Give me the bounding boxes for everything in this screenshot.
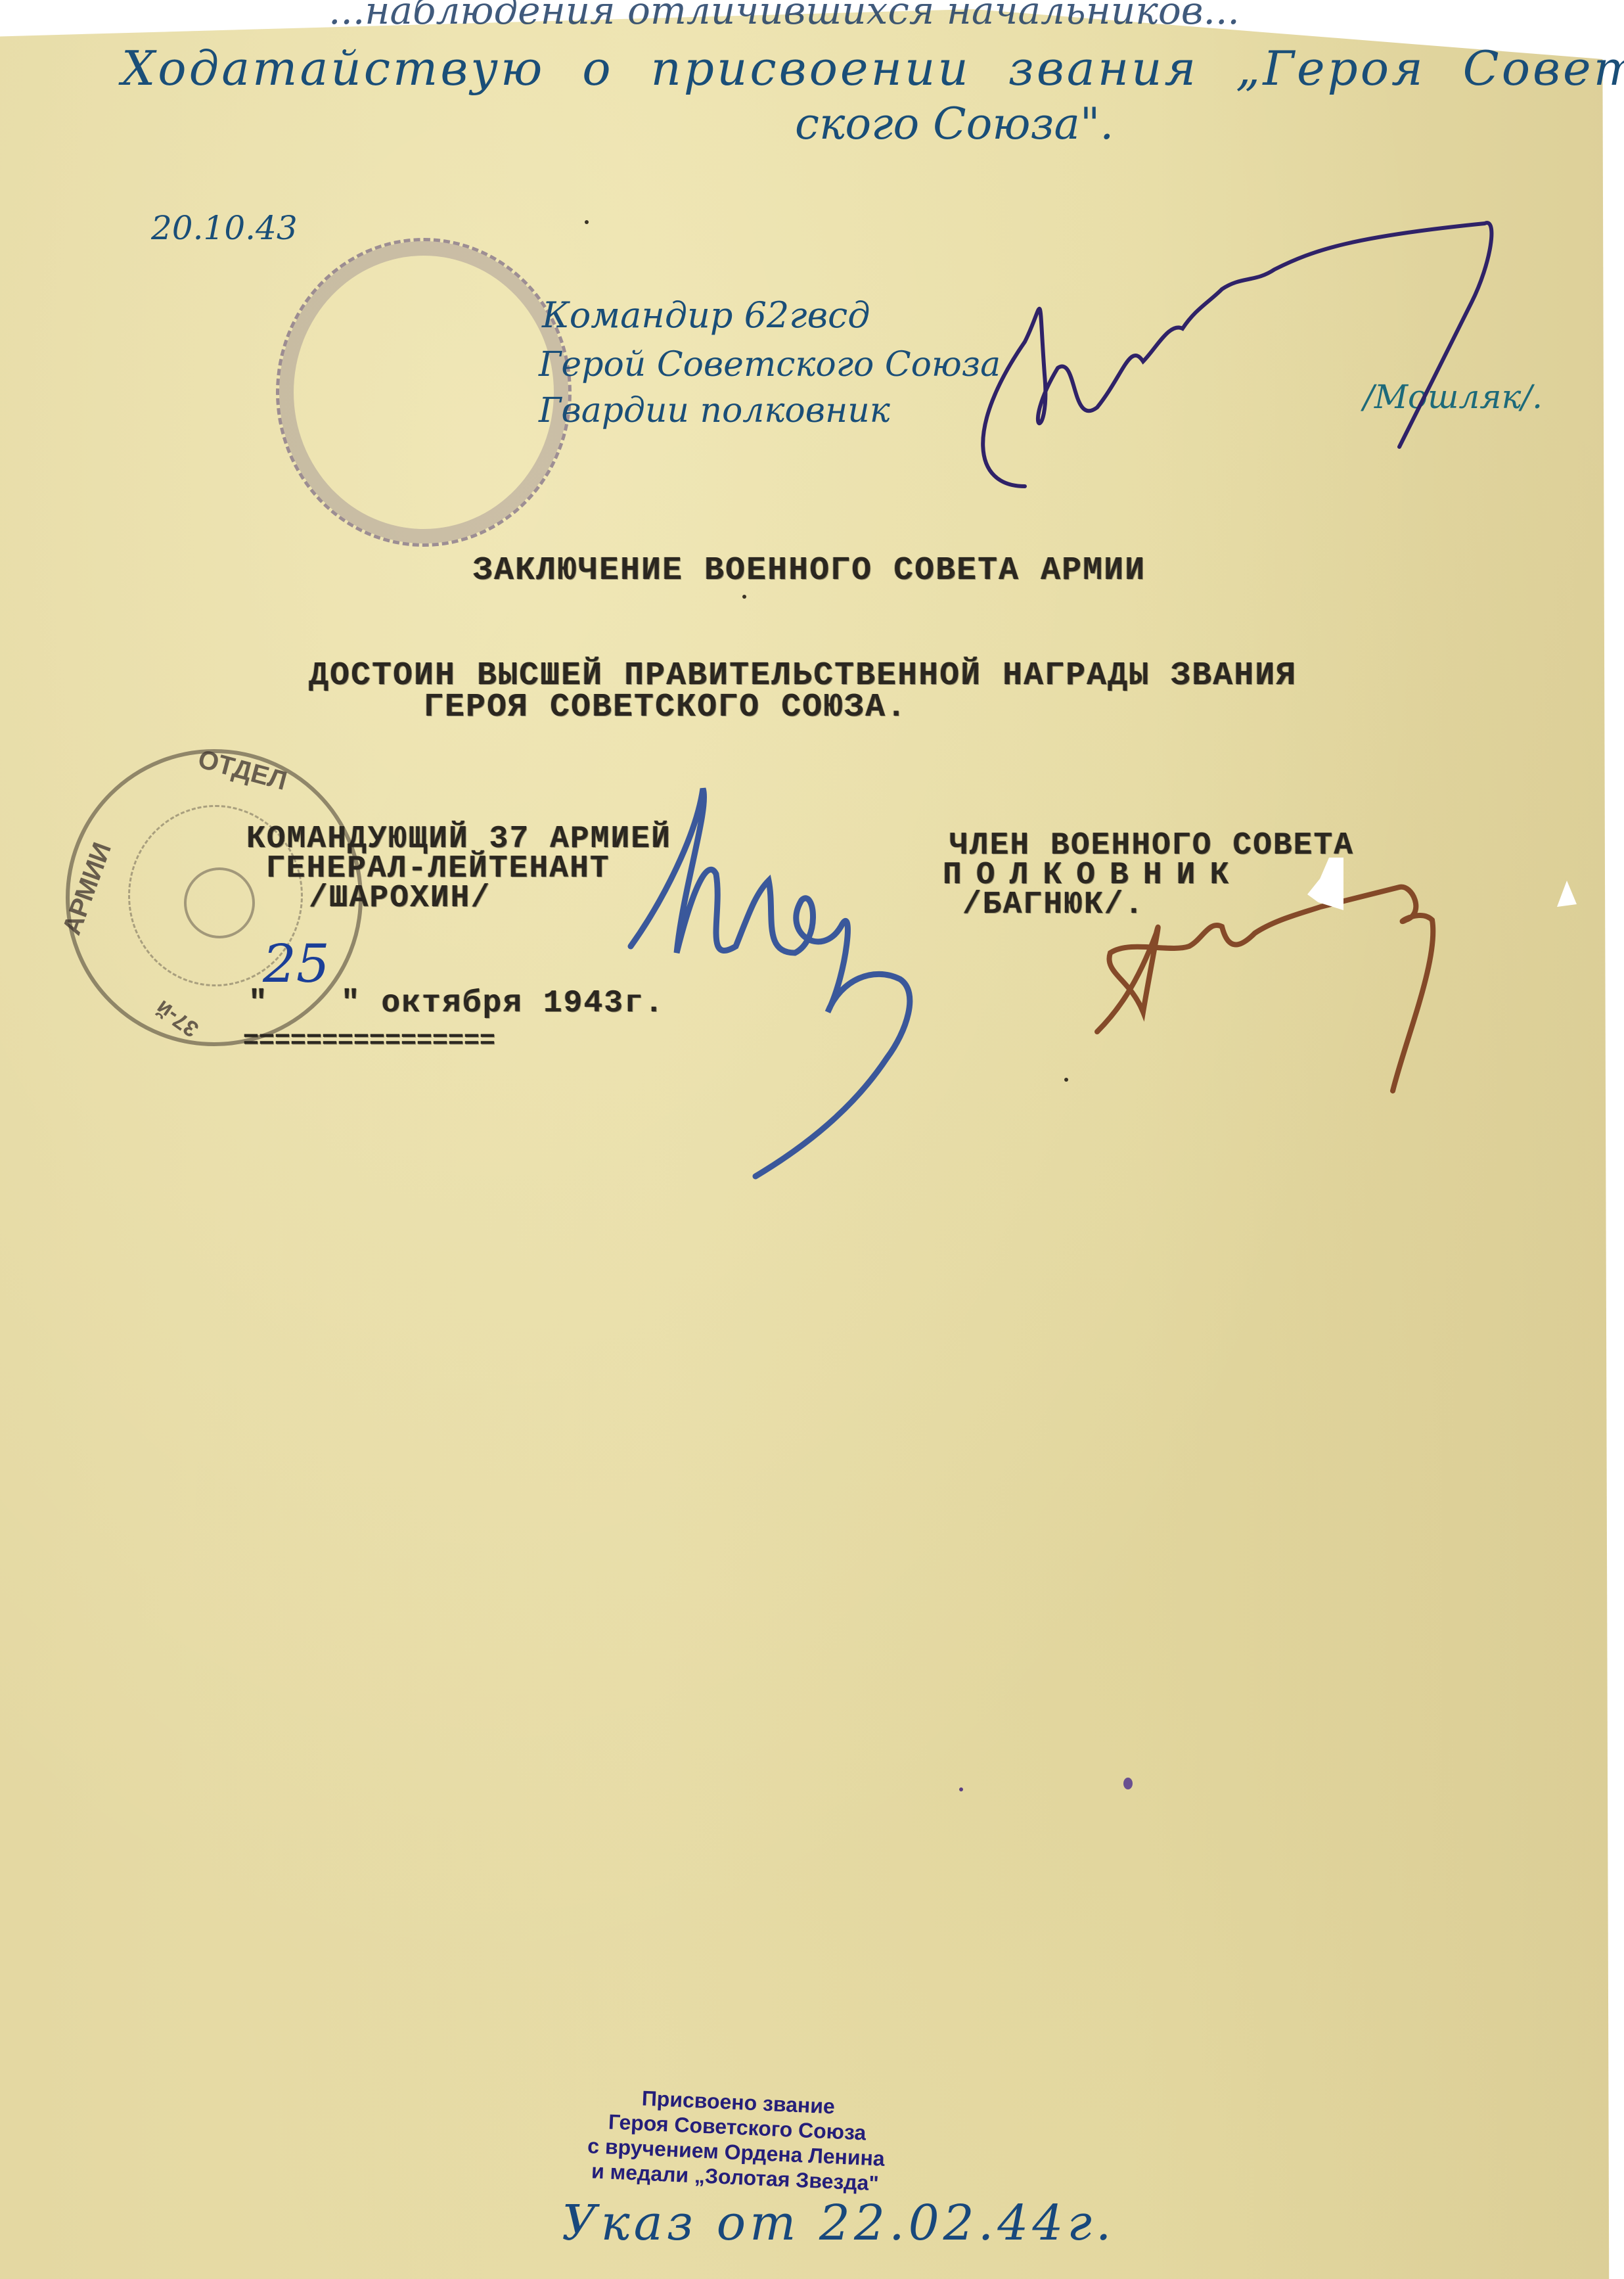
conclusion-title: ЗАКЛЮЧЕНИЕ ВОЕННОГО СОВЕТА АРМИИ bbox=[473, 552, 1146, 589]
coat-of-arms-emblem-icon bbox=[184, 867, 255, 938]
date-month-year: " октября 1943г. bbox=[341, 986, 665, 1021]
signature-sharokhin-icon bbox=[624, 782, 953, 1176]
regiment-commander-hero: Герой Советского Союза bbox=[539, 345, 1001, 384]
petition-line-1: Ходатайствую о присвоении звания „Героя … bbox=[122, 41, 1624, 96]
signature-moshlyak-icon bbox=[946, 210, 1537, 513]
ink-speck bbox=[1064, 1078, 1068, 1082]
conclusion-body-line-2: ГЕРОЯ СОВЕТСКОГО СОЮЗА. bbox=[424, 689, 907, 726]
ink-speck bbox=[959, 1787, 963, 1791]
ink-speck bbox=[1123, 1778, 1133, 1789]
ink-speck bbox=[585, 220, 589, 224]
petition-line-2: ского Союза". bbox=[795, 99, 1114, 149]
handwritten-day: 25 bbox=[263, 933, 330, 994]
regiment-commander-rank: Гвардии полковник bbox=[539, 391, 890, 430]
ink-speck bbox=[742, 595, 746, 599]
award-stamp: Присвоено звание Героя Советского Союза … bbox=[586, 2083, 888, 2196]
signature-bagnyuk-icon bbox=[1091, 881, 1590, 1097]
decree-date: Указ от 22.02.44г. bbox=[562, 2195, 1115, 2251]
handwritten-date-note: 20.10.43 bbox=[151, 209, 298, 247]
regiment-commander-title: Командир 62гвсд bbox=[542, 294, 870, 336]
cutoff-handwritten-line: ...наблюдения отличившихся начальников..… bbox=[328, 0, 1240, 33]
army-commander-name: /ШАРОХИН/ bbox=[309, 881, 491, 916]
date-underline: ================ bbox=[243, 1026, 495, 1056]
round-seal-top bbox=[276, 238, 572, 547]
